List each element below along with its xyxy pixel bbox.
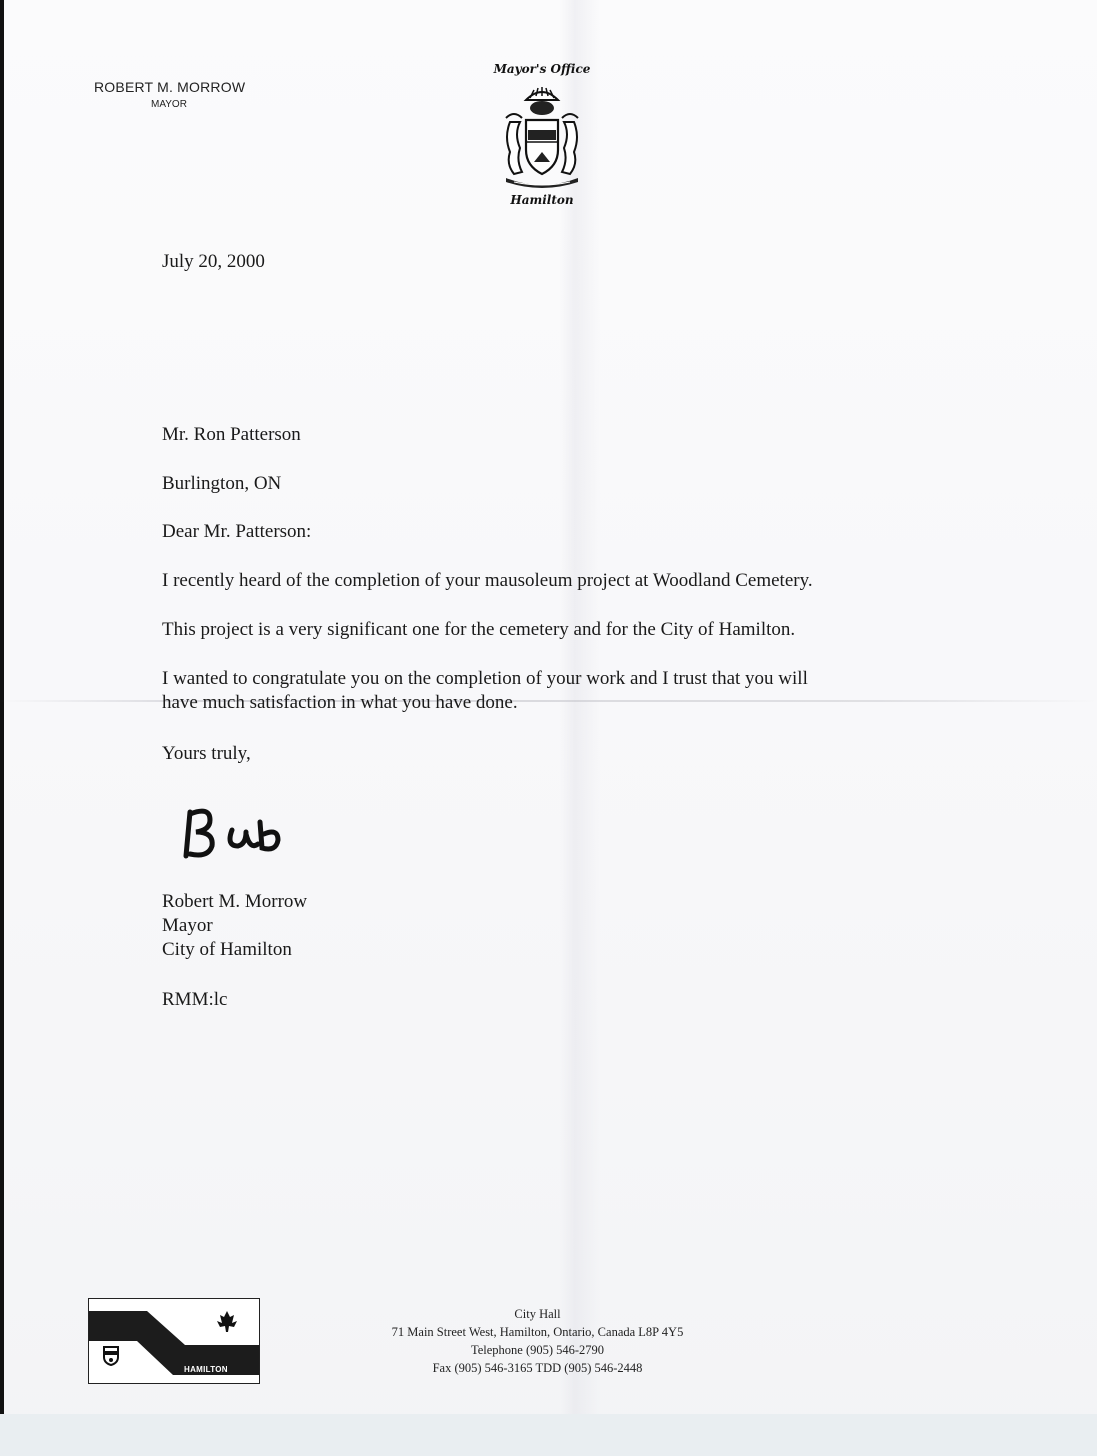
paragraph-line: I wanted to congratulate you on the comp…	[162, 667, 808, 691]
letterhead-sender-name: ROBERT M. MORROW	[94, 79, 245, 95]
salutation: Dear Mr. Patterson:	[162, 520, 311, 544]
signatory-name: Robert M. Morrow	[162, 890, 307, 914]
page-edge	[0, 0, 4, 1456]
body-paragraph-3: I wanted to congratulate you on the comp…	[162, 667, 808, 715]
shield-icon	[104, 1347, 118, 1365]
body-paragraph-1: I recently heard of the completion of yo…	[162, 569, 813, 593]
city-of-hamilton-logo: HAMILTON	[88, 1298, 260, 1384]
body-paragraph-2: This project is a very significant one f…	[162, 618, 795, 642]
footer-address: City Hall 71 Main Street West, Hamilton,…	[360, 1305, 715, 1377]
crest-bottom-text: Hamilton	[492, 193, 592, 207]
letter-page: ROBERT M. MORROW MAYOR Mayor's Office Ha…	[0, 0, 1097, 1456]
logo-label: HAMILTON	[184, 1365, 228, 1374]
handwritten-signature-icon	[180, 800, 290, 864]
coat-of-arms-icon	[500, 82, 584, 192]
closing: Yours truly,	[162, 742, 251, 766]
recipient-city: Burlington, ON	[162, 472, 281, 496]
signatory-organization: City of Hamilton	[162, 938, 307, 962]
recipient-name: Mr. Ron Patterson	[162, 423, 301, 447]
signatory-title: Mayor	[162, 914, 307, 938]
reference-initials: RMM:lc	[162, 988, 227, 1012]
footer-address-line: City Hall	[360, 1305, 715, 1323]
hamilton-flag-graphic	[89, 1299, 259, 1383]
maple-leaf-icon	[217, 1311, 237, 1332]
footer-address-line: Telephone (905) 546-2790	[360, 1341, 715, 1359]
paragraph-line: have much satisfaction in what you have …	[162, 691, 808, 715]
mayors-office-crest: Mayor's Office Hamilton	[492, 60, 592, 210]
footer-address-line: 71 Main Street West, Hamilton, Ontario, …	[360, 1323, 715, 1341]
scan-bottom-margin	[0, 1414, 1097, 1456]
signatory-block: Robert M. Morrow Mayor City of Hamilton	[162, 890, 307, 962]
footer-address-line: Fax (905) 546-3165 TDD (905) 546-2448	[360, 1359, 715, 1377]
crest-top-text: Mayor's Office	[492, 62, 592, 76]
letter-date: July 20, 2000	[162, 250, 265, 274]
letterhead-sender-title: MAYOR	[151, 99, 187, 110]
